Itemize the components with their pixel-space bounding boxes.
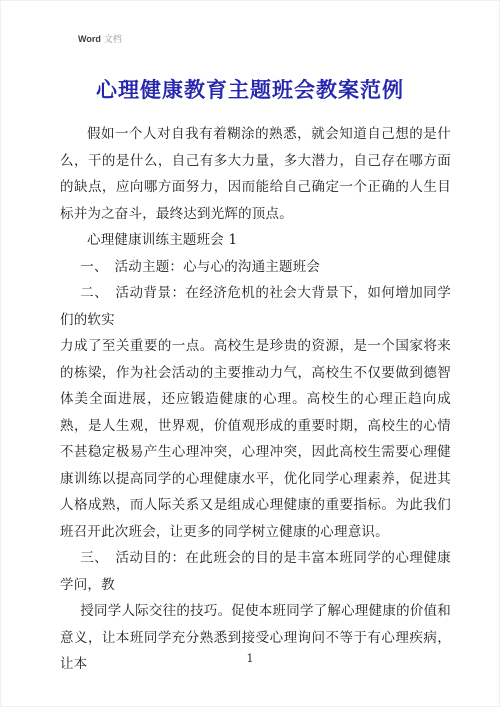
document-page: Word文档 心理健康教育主题班会教案范例 假如一个人对自我有着糊涂的熟悉，就会… xyxy=(0,0,500,707)
paragraph-item-3: 三、 活动目的：在此班会的目的是丰富本班同学的心理健康学问，教 xyxy=(60,545,451,598)
paragraph-section-heading: 心理健康训练主题班会 1 xyxy=(60,227,451,254)
paragraph-intro: 假如一个人对自我有着糊涂的熟悉，就会知道自己想的是什么，干的是什么，自己有多大力… xyxy=(60,121,451,227)
word-document-brand: Word文档 xyxy=(78,34,122,44)
paragraph-item-1: 一、 活动主题：心与心的沟通主题班会 xyxy=(60,254,451,281)
brand-doc-label: 文档 xyxy=(104,34,122,44)
page-number: 1 xyxy=(1,652,499,665)
paragraph-item-2: 二、 活动背景：在经济危机的社会大背景下，如何增加同学们的软实 xyxy=(60,280,451,333)
document-title: 心理健康教育主题班会教案范例 xyxy=(1,74,499,104)
document-body: 假如一个人对自我有着糊涂的熟悉，就会知道自己想的是什么，干的是什么，自己有多大力… xyxy=(60,121,451,678)
paragraph-background-body: 力成了至关重要的一点。高校生是珍贵的资源，是一个国家将来的栋梁，作为社会活动的主… xyxy=(60,333,451,545)
brand-word-label: Word xyxy=(78,34,101,44)
paragraph-purpose-body: 授同学人际交往的技巧。促使本班同学了解心理健康的价值和意义，让本班同学充分熟悉到… xyxy=(60,598,451,678)
